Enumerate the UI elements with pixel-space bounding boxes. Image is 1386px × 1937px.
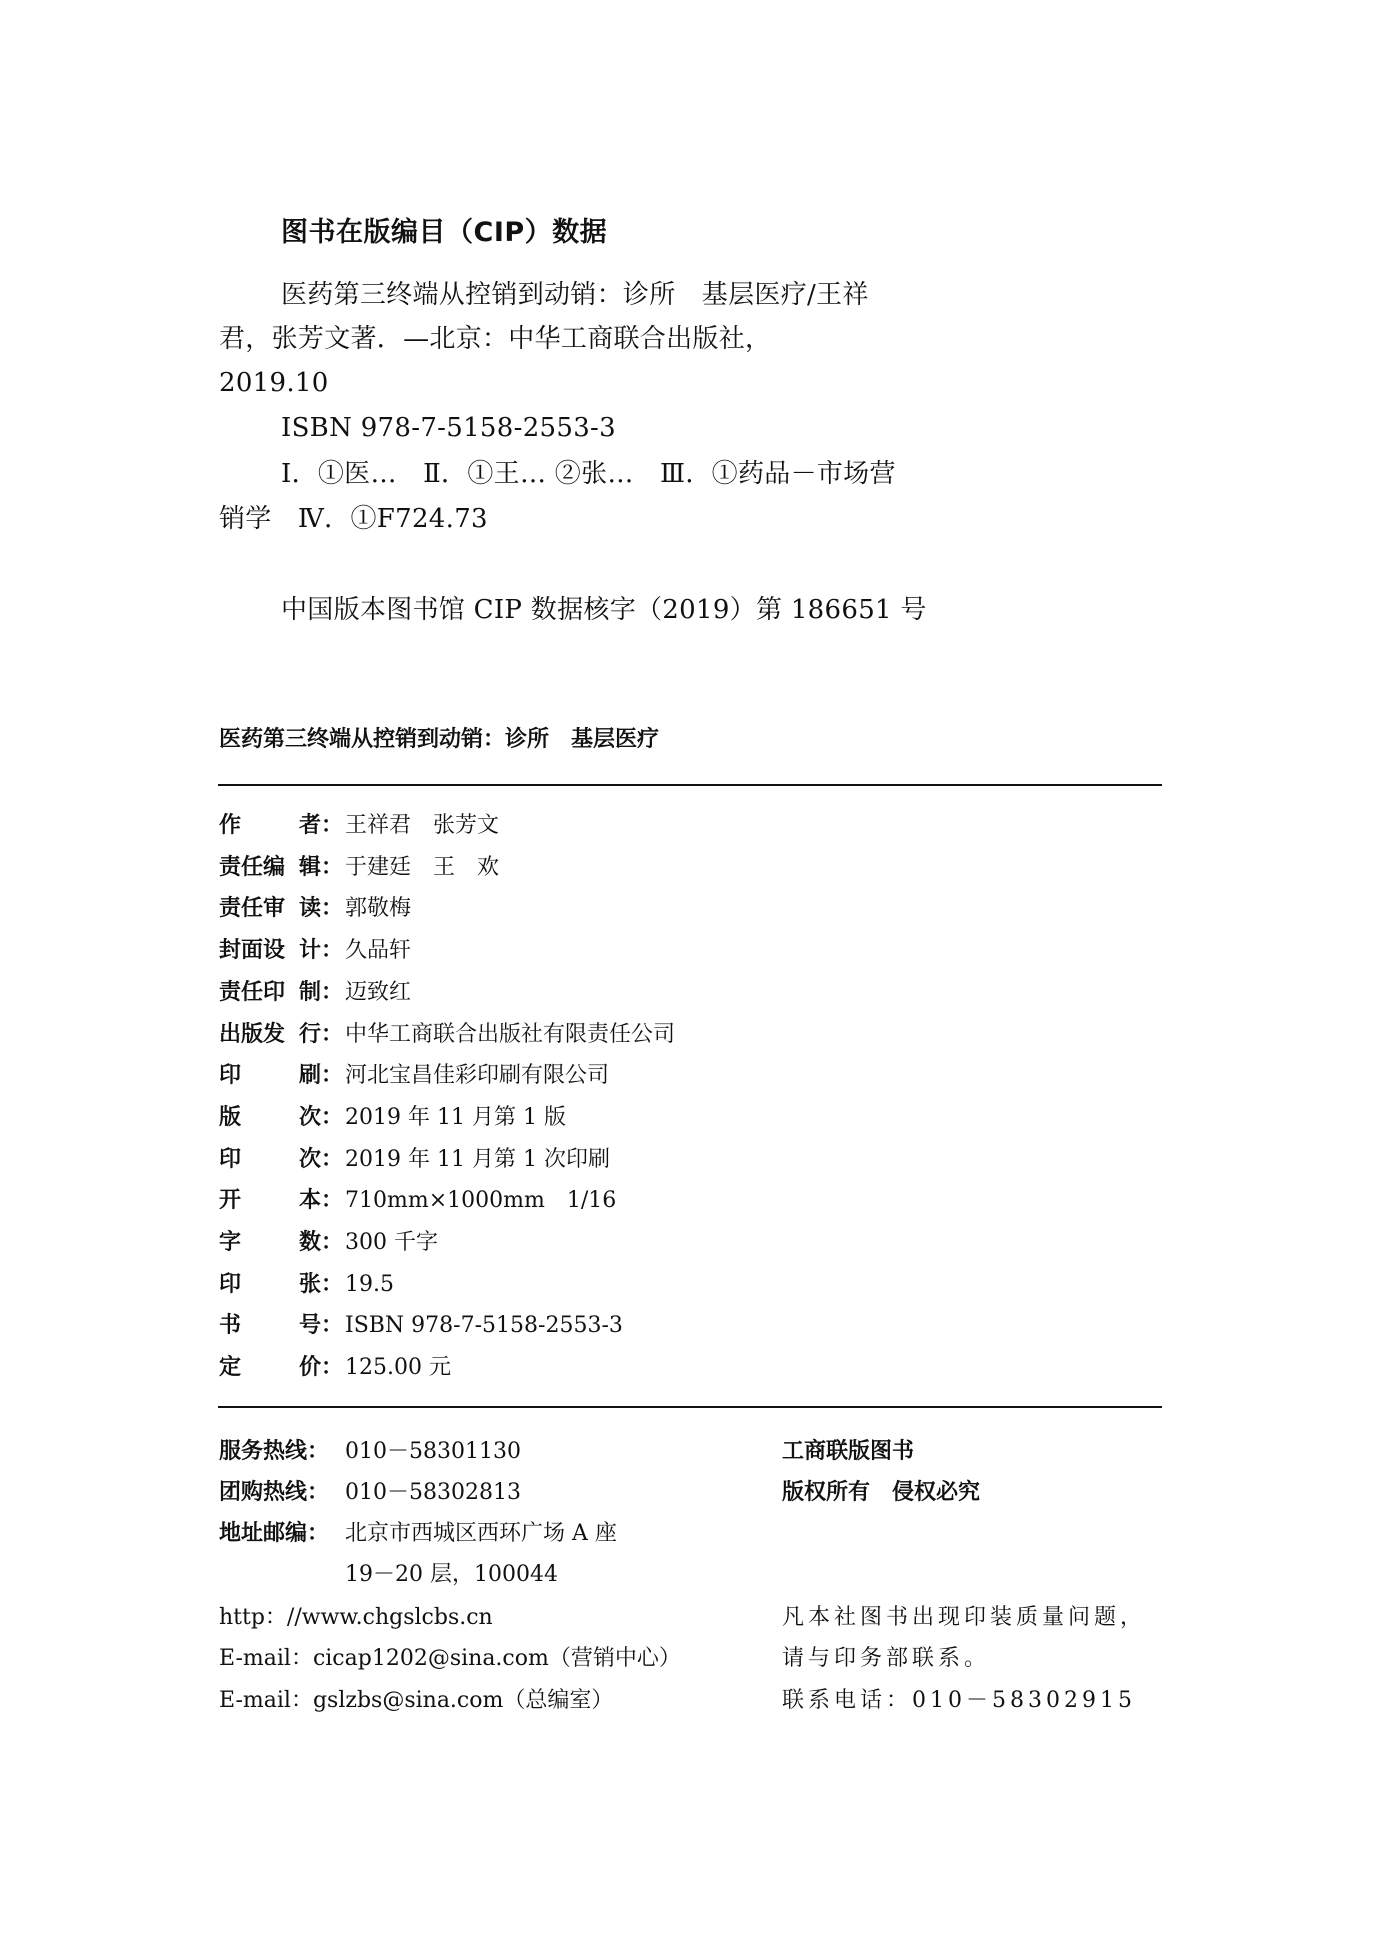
address: 地址邮编：北京市西城区西环广场 A 座 [219, 1523, 617, 1545]
detail-value: 300 千字 [345, 1232, 438, 1254]
address-line-1: 北京市西城区西环广场 A 座 [345, 1521, 617, 1546]
service-hotline: 服务热线：010－58301130 [219, 1441, 521, 1463]
detail-value: 于建廷 王 欢 [345, 857, 499, 879]
detail-value: 2019 年 11 月第 1 版 [345, 1107, 566, 1129]
cip-record-number: 中国版本图书馆 CIP 数据核字（2019）第 186651 号 [281, 597, 927, 623]
group-purchase-value: 010－58302813 [345, 1480, 521, 1505]
email-editorial[interactable]: E-mail：gslzbs@sina.com（总编室） [219, 1690, 613, 1712]
cip-line-classification-cont: 销学 Ⅳ．①F724.73 [219, 506, 488, 532]
service-hotline-label: 服务热线： [219, 1441, 345, 1463]
divider-top [218, 784, 1162, 786]
detail-value: 125.00 元 [345, 1357, 451, 1379]
divider-bottom [218, 1406, 1162, 1408]
cip-heading: 图书在版编目（CIP）数据 [281, 219, 607, 246]
detail-value: 河北宝昌佳彩印刷有限公司 [345, 1065, 609, 1087]
detail-value: 中华工商联合出版社有限责任公司 [345, 1024, 675, 1046]
quality-notice-line-2: 请与印务部联系。 [782, 1648, 990, 1670]
detail-value: 郭敬梅 [345, 898, 411, 920]
cip-line-title-author: 医药第三终端从控销到动销：诊所 基层医疗/王祥 [281, 282, 869, 308]
cip-line-publisher: 君，张芳文著．—北京：中华工商联合出版社， [219, 326, 771, 352]
detail-value: ISBN 978-7-5158-2553-3 [345, 1315, 623, 1337]
email-marketing[interactable]: E-mail：cicap1202@sina.com（营销中心） [219, 1648, 681, 1670]
quality-notice-line-1: 凡本社图书出现印装质量问题， [782, 1607, 1146, 1629]
copyright-notice: 版权所有 侵权必究 [782, 1482, 980, 1504]
address-line-2: 19－20 层，100044 [345, 1564, 558, 1586]
quality-notice-phone: 联系电话：010－58302915 [782, 1690, 1136, 1712]
group-purchase-label: 团购热线： [219, 1482, 345, 1504]
address-label: 地址邮编： [219, 1523, 345, 1545]
book-title: 医药第三终端从控销到动销：诊所 基层医疗 [219, 729, 659, 751]
cip-line-classification: Ⅰ．①医… Ⅱ．①王… ②张… Ⅲ．①药品－市场营 [281, 461, 896, 487]
cip-line-isbn: ISBN 978-7-5158-2553-3 [281, 415, 616, 441]
detail-value: 710mm×1000mm 1/16 [345, 1190, 616, 1212]
brand-label: 工商联版图书 [782, 1441, 914, 1463]
detail-value: 迈致红 [345, 982, 411, 1004]
group-purchase-hotline: 团购热线：010－58302813 [219, 1482, 521, 1504]
detail-value: 久品轩 [345, 940, 411, 962]
detail-value: 2019 年 11 月第 1 次印刷 [345, 1149, 610, 1171]
website-link[interactable]: http：//www.chgslcbs.cn [219, 1607, 493, 1629]
detail-value: 19.5 [345, 1274, 394, 1296]
cip-line-date: 2019.10 [219, 370, 329, 396]
service-hotline-value: 010－58301130 [345, 1439, 521, 1464]
detail-value: 王祥君 张芳文 [345, 815, 499, 837]
